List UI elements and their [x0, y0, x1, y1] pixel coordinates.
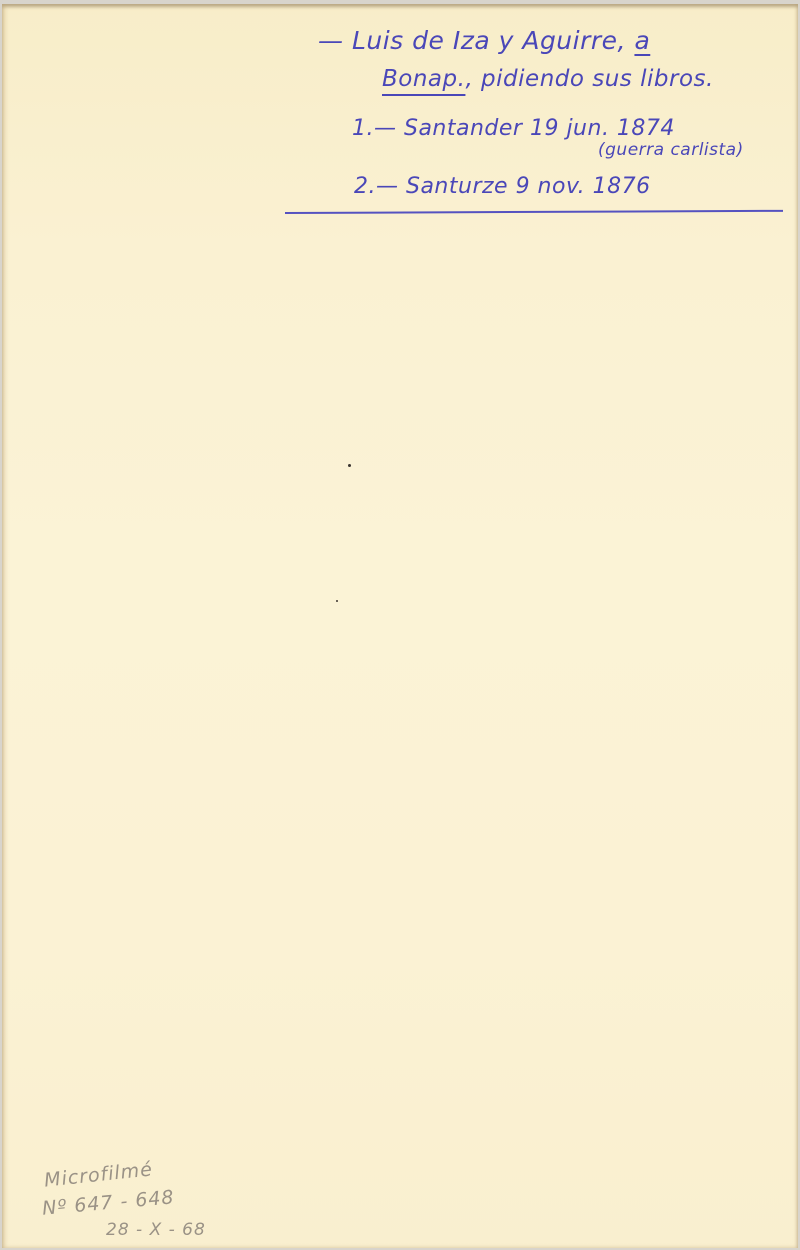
- pencil-note-line-1: Microfilmé: [43, 1158, 154, 1191]
- entry-1-annotation: (guerra carlista): [598, 140, 744, 160]
- header-line-1-underlined: a: [634, 26, 650, 55]
- paper-speck: [336, 600, 338, 602]
- paper-speck: [348, 464, 351, 467]
- header-line-1: — Luis de Iza y Aguirre, a: [318, 26, 650, 55]
- header-line-2: Bonap., pidiendo sus libros.: [382, 66, 714, 92]
- header-line-2-text: , pidiendo sus libros.: [465, 66, 713, 92]
- pencil-note-line-2: Nº 647 - 648: [41, 1186, 175, 1219]
- header-line-2-underlined: Bonap.: [382, 66, 465, 92]
- document-page: — Luis de Iza y Aguirre, a Bonap., pidie…: [2, 4, 798, 1248]
- header-line-1-text: — Luis de Iza y Aguirre,: [318, 26, 634, 55]
- entry-2: 2.— Santurze 9 nov. 1876: [354, 174, 651, 199]
- header-underline-rule: [285, 210, 783, 214]
- entry-1: 1.— Santander 19 jun. 1874: [352, 116, 675, 141]
- pencil-note-line-3: 28 - X - 68: [106, 1220, 206, 1240]
